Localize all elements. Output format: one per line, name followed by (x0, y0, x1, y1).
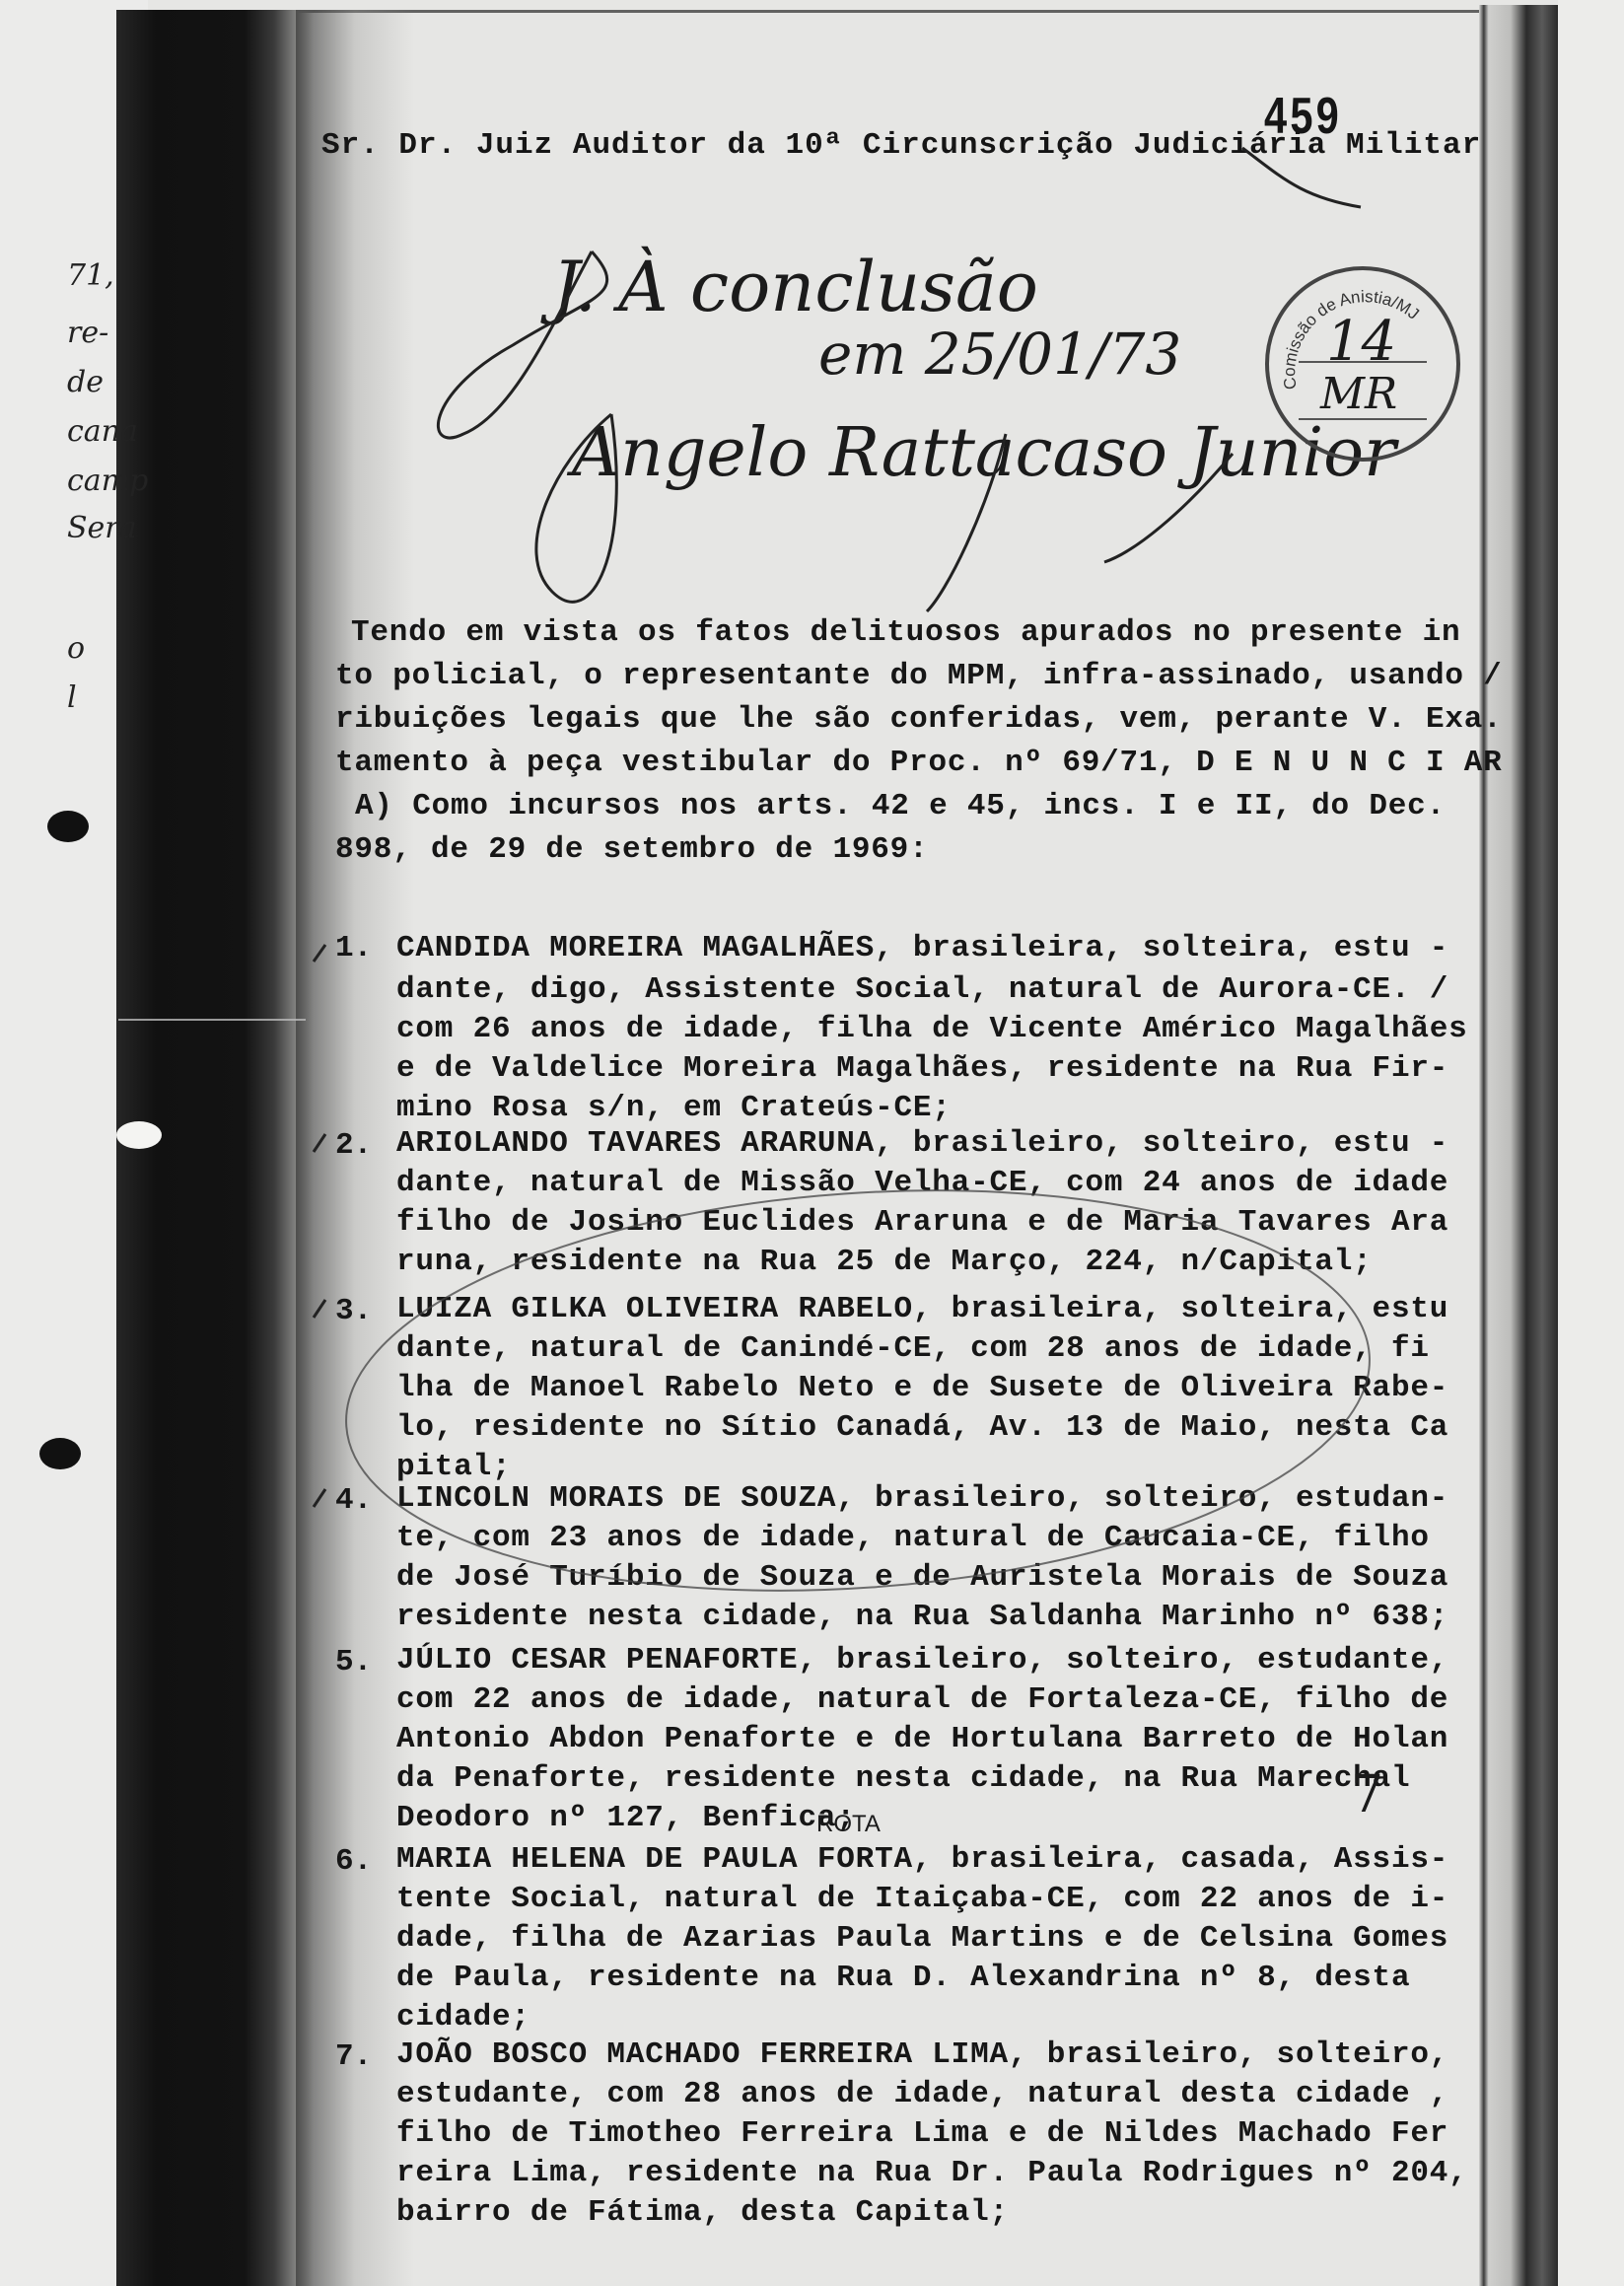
entry-number: 1. (335, 927, 372, 970)
entry-line: lo, residente no Sítio Canadá, Av. 13 de… (396, 1408, 1448, 1448)
margin-note: de (67, 365, 104, 399)
intro-line: tamento à peça vestibular do Proc. nº 69… (335, 742, 1503, 785)
entry-line: dante, natural de Missão Velha-CE, com 2… (396, 1164, 1448, 1203)
entry-line: de Paula, residente na Rua D. Alexandrin… (396, 1959, 1448, 1998)
amnesty-commission-stamp: Comissão de Anistia/MJ 14 MR (1265, 266, 1460, 462)
entry-line: bairro de Fátima, desta Capital; (396, 2193, 1468, 2233)
margin-note: re- (67, 316, 108, 350)
entry-line: mino Rosa s/n, em Crateús-CE; (396, 1089, 1468, 1128)
entry-line: de José Turíbio de Souza e de Auristela … (396, 1558, 1448, 1598)
entry-line: filho de Timotheo Ferreira Lima e de Nil… (396, 2114, 1468, 2154)
handwritten-dispatch-date: em 25/01/73 (818, 321, 1181, 388)
entry-number: 2. (335, 1124, 372, 1168)
intro-paragraph: Tendo em vista os fatos delituosos apura… (335, 611, 1503, 872)
entry-number: 5. (335, 1641, 372, 1684)
handwritten-dispatch-line1: J. À conclusão (552, 247, 1038, 327)
entry-line: Deodoro nº 127, Benfica; (396, 1799, 1448, 1838)
entry-line: com 26 anos de idade, filha de Vicente A… (396, 1010, 1468, 1049)
entry-number: 7. (335, 2036, 372, 2079)
margin-note: o (67, 631, 85, 666)
entry-line: JÚLIO CESAR PENAFORTE, brasileiro, solte… (396, 1641, 1448, 1680)
entry-line: Antonio Abdon Penaforte e de Hortulana B… (396, 1720, 1448, 1759)
intro-line: Tendo em vista os fatos delituosos apura… (335, 611, 1503, 655)
stamp-rule (1299, 361, 1427, 363)
entry-line: reira Lima, residente na Rua Dr. Paula R… (396, 2154, 1468, 2193)
entry-line: CANDIDA MOREIRA MAGALHÃES, brasileira, s… (396, 927, 1468, 970)
entry-line: MARIA HELENA DE PAULA FORTA, brasileira,… (396, 1840, 1448, 1880)
punch-hole-icon (47, 811, 89, 842)
entry-line: JOÃO BOSCO MACHADO FERREIRA LIMA, brasil… (396, 2036, 1468, 2075)
punch-hole-icon (39, 1438, 81, 1469)
scanned-page: 71, re- de cana camp Sera o l 459 Sr. Dr… (0, 0, 1624, 2286)
entry-line: residente nesta cidade, na Rua Saldanha … (396, 1598, 1448, 1637)
entry-number: 3. (335, 1290, 372, 1333)
entry-line: dante, digo, Assistente Social, natural … (396, 970, 1468, 1010)
entry-line: da Penaforte, residente nesta cidade, na… (396, 1759, 1448, 1799)
entry-line: estudante, com 28 anos de idade, natural… (396, 2075, 1468, 2114)
right-margin (1558, 0, 1624, 2286)
entry-line: LUIZA GILKA OLIVEIRA RABELO, brasileira,… (396, 1290, 1448, 1329)
entry-line: lha de Manoel Rabelo Neto e de Susete de… (396, 1369, 1448, 1408)
entry-line: ARIOLANDO TAVARES ARARUNA, brasileiro, s… (396, 1124, 1448, 1164)
entry-line: e de Valdelice Moreira Magalhães, reside… (396, 1049, 1468, 1089)
addressee-line: Sr. Dr. Juiz Auditor da 10ª Circunscriçã… (321, 128, 1481, 163)
entry-number: 6. (335, 1840, 372, 1884)
intro-line: to policial, o representante do MPM, inf… (335, 655, 1503, 698)
margin-mark: 7 (1351, 1765, 1383, 1824)
entry-line: dade, filha de Azarias Paula Martins e d… (396, 1919, 1448, 1959)
stamp-rule (1299, 418, 1427, 420)
entry-line: filho de Josino Euclides Araruna e de Ma… (396, 1203, 1448, 1243)
margin-note: camp (67, 464, 148, 498)
punch-hole-light-icon (116, 1121, 162, 1149)
entry-line: te, com 23 anos de idade, natural de Cau… (396, 1519, 1448, 1558)
margin-note: cana (67, 414, 138, 449)
crease-line (118, 1019, 306, 1021)
entry-line: dante, natural de Canindé-CE, com 28 ano… (396, 1329, 1448, 1369)
handwritten-correction: ROTA (816, 1811, 881, 1838)
entry-line: runa, residente na Rua 25 de Março, 224,… (396, 1243, 1448, 1282)
margin-note: 71, (67, 258, 114, 293)
intro-line: A) Como incursos nos arts. 42 e 45, incs… (335, 785, 1503, 828)
margin-note: Sera (67, 511, 137, 545)
entry-line: LINCOLN MORAIS DE SOUZA, brasileiro, sol… (396, 1479, 1448, 1519)
intro-line: ribuições legais que lhe são conferidas,… (335, 698, 1503, 742)
entry-line: cidade; (396, 1998, 1448, 2037)
entry-line: tente Social, natural de Itaiçaba-CE, co… (396, 1880, 1448, 1919)
stamp-initials: MR (1320, 369, 1397, 419)
intro-line: 898, de 29 de setembro de 1969: (335, 828, 1503, 872)
stamp-folio-number: 14 (1326, 310, 1396, 374)
margin-note: l (67, 680, 77, 715)
entry-line: com 22 anos de idade, natural de Fortale… (396, 1680, 1448, 1720)
entry-number: 4. (335, 1479, 372, 1523)
right-page-edge (1479, 5, 1558, 2286)
